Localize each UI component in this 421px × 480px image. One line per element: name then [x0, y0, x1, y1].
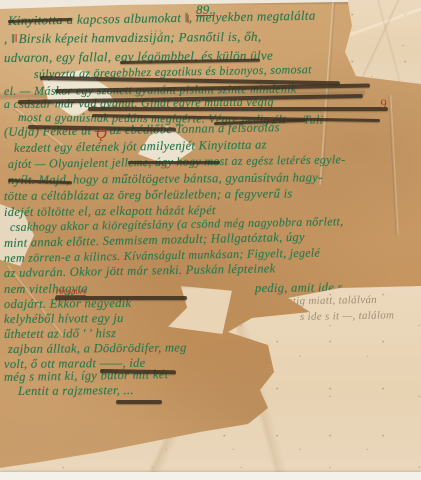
- red-ink-mark: ‖: [14, 31, 17, 46]
- red-ink-mark: ‖: [186, 12, 189, 27]
- manuscript-scan: élősüléstig miatt, találváns ide s it —,…: [0, 0, 421, 480]
- torn-paper-hole: [168, 286, 232, 334]
- handwriting-line: Lentit a rajzmester, ...: [18, 383, 134, 399]
- strikethrough-mark: [88, 107, 388, 111]
- strikethrough-mark: [55, 296, 187, 300]
- handwriting-line: tötte a céltáblázat az öreg bőrleüzletbe…: [4, 186, 293, 204]
- red-ink-mark: · ∙ ·: [150, 26, 161, 36]
- red-ink-mark: Ǫ: [96, 126, 107, 143]
- red-ink-mark: 9: [380, 96, 387, 112]
- handwriting-line: űthetett az idő ' ' hisz: [4, 326, 116, 342]
- crease-line: [388, 95, 398, 235]
- handwriting-line: kelyhéből hívott egy ju: [4, 311, 124, 327]
- handwriting-line: nyílt. Majd, hogy a műtöltögetve bántsa,…: [8, 170, 323, 188]
- scanner-edge-strip: [0, 472, 421, 480]
- handwriting-line: , ‖ Birsik képeit hamvadizsiján; Pasnőti…: [4, 29, 262, 47]
- strikethrough-mark: [116, 400, 162, 404]
- red-ink-mark: récsnort: [56, 286, 86, 296]
- strikethrough-mark: [128, 161, 220, 164]
- handwriting-line: zajban álltak, a Dödörödifer, meg: [8, 340, 187, 357]
